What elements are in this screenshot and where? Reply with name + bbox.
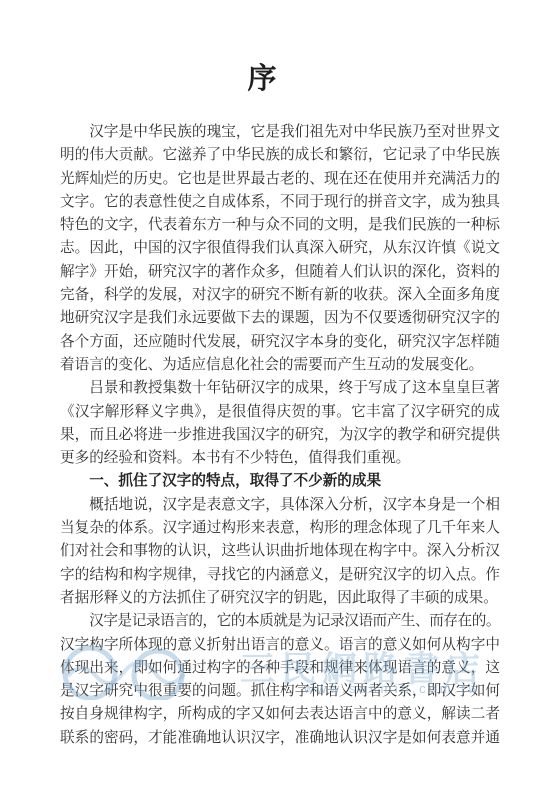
scanned-book-page: 序 汉字是中华民族的瑰宝，它是我们祖先对中华民族乃至对世界文明的伟大贡献。它滋养… [0,0,559,800]
text-line: 解字》开始，研究汉字的著作众多，但随着人们认识的深化，资料的 [60,261,500,284]
preface-text-block: 汉字是中华民族的瑰宝，它是我们祖先对中华民族乃至对世界文明的伟大贡献。它滋养了中… [60,121,500,750]
text-line: 概括地说，汉字是表意文字，具体深入分析，汉字本身是一个相 [60,494,500,517]
text-line: 们对社会和事物的认识，这些认识曲折地体现在构字中。深入分析汉 [60,540,500,563]
text-line: 特色的文字，代表着东方一种与众不同的文明，是我们民族的一种标 [60,214,500,237]
text-line: 是汉字研究中很重要的问题。抓住构字和语义两者关系，即汉字如何 [60,680,500,703]
text-line: 汉字是记录语言的，它的本质就是为记录汉语而产生、而存在的。 [60,610,500,633]
text-line: 按自身规律构字，所构成的字又如何去表达语言中的意义，解读二者 [60,703,500,726]
text-line: 字的结构和构字规律，寻找它的内涵意义，是研究汉字的切入点。作 [60,564,500,587]
page-title: 序 [0,56,542,97]
text-line: 光辉灿烂的历史。它也是世界最古老的、现在还在使用并充满活力的 [60,168,500,191]
text-line: 当复杂的体系。汉字通过构形来表意，构形的理念体现了几千年来人 [60,517,500,540]
text-line: 完备，科学的发展，对汉字的研究不断有新的收获。深入全面多角度 [60,284,500,307]
section-heading: 一、抓住了汉字的特点，取得了不少新的成果 [60,470,500,493]
text-line: 吕景和教授集数十年钻研汉字的成果，终于写成了这本皇皇巨著 [60,377,500,400]
text-line: 地研究汉字是我们永远要做下去的课题，因为不仅要透彻研究汉字的 [60,307,500,330]
text-line: 体现出来，即如何通过构字的各种手段和规律来体现语言的意义，这 [60,657,500,680]
text-line: 者据形释义的方法抓住了研究汉字的钥匙，因此取得了丰硕的成果。 [60,587,500,610]
text-line: 着语言的变化、为适应信息化社会的需要而产生互动的发展变化。 [60,354,500,377]
text-line: 各个方面，还应随时代发展，研究汉字本身的变化，研究汉字怎样随 [60,331,500,354]
text-line: 文字。它的表意性使之自成体系，不同于现行的拼音文字，成为独具 [60,191,500,214]
text-line: 果，而且必将进一步推进我国汉字的研究，为汉字的教学和研究提供 [60,424,500,447]
text-line: 汉字构字所体现的意义折射出语言的意义。语言的意义如何从构字中 [60,634,500,657]
text-line: 志。因此，中国的汉字很值得我们认真深入研究，从东汉许慎《说文 [60,237,500,260]
text-line: 更多的经验和资料。本书有不少特色，值得我们重视。 [60,447,500,470]
text-line: 《汉字解形释义字典》，是很值得庆贺的事。它丰富了汉字研究的成 [60,401,500,424]
text-line: 联系的密码，才能准确地认识汉字，准确地认识汉字是如何表意并通 [60,727,500,750]
text-line: 明的伟大贡献。它滋养了中华民族的成长和繁衍，它记录了中华民族 [60,144,500,167]
text-line: 汉字是中华民族的瑰宝，它是我们祖先对中华民族乃至对世界文 [60,121,500,144]
